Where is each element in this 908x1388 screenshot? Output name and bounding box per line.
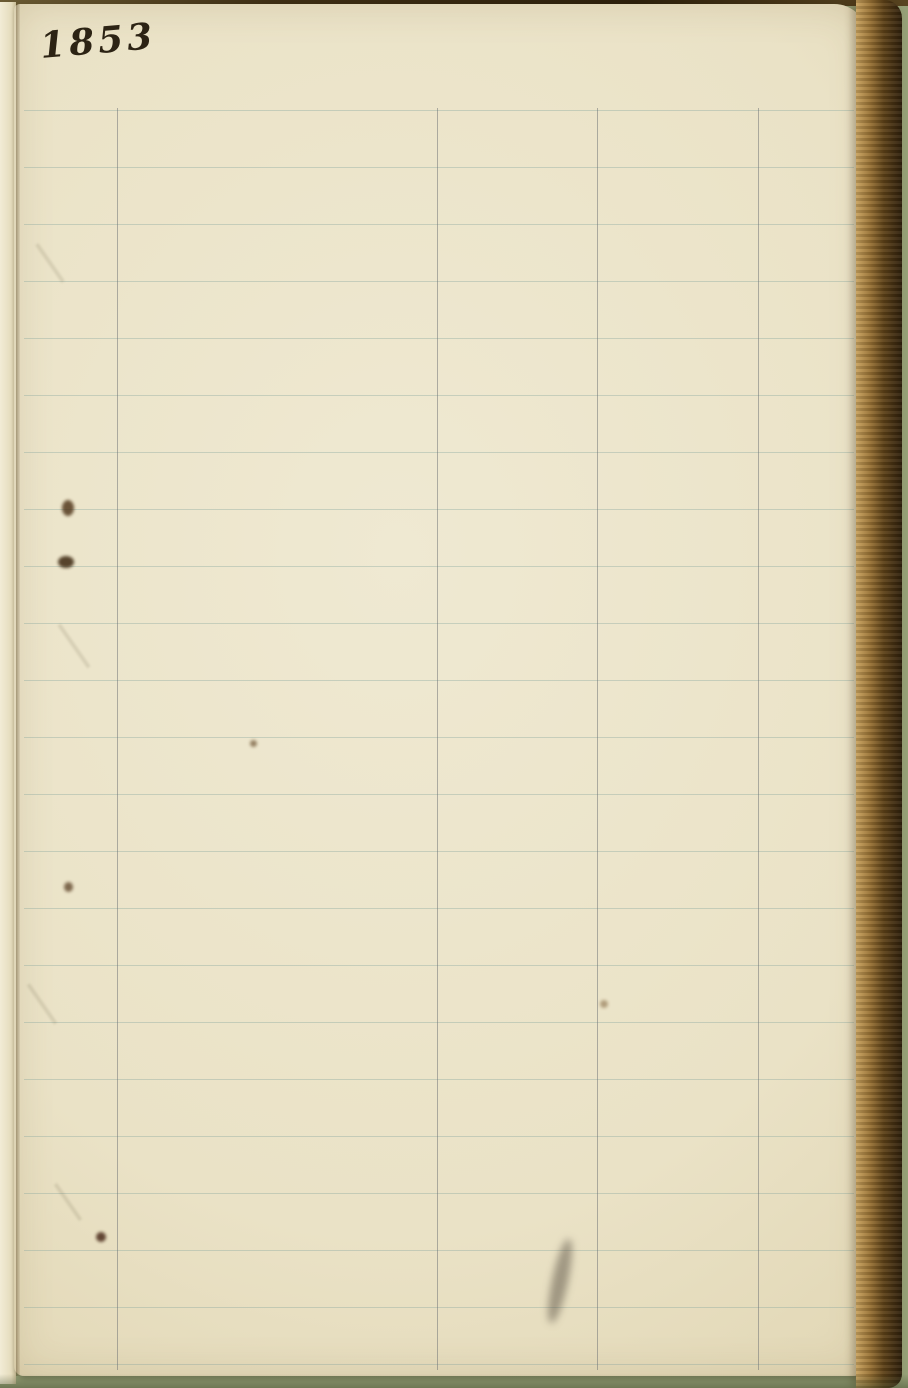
ruled-line [24, 1079, 854, 1080]
ink-stain [62, 500, 74, 516]
binding-gutter [16, 4, 20, 1376]
column-line [758, 108, 759, 1370]
ruled-line [24, 1307, 854, 1308]
page-bottom-shadow [0, 1374, 908, 1388]
ruled-line [24, 1136, 854, 1137]
ink-stain [250, 740, 257, 747]
ruled-line [24, 167, 854, 168]
ruled-line [24, 737, 854, 738]
ruled-line [24, 680, 854, 681]
ruled-line [24, 623, 854, 624]
ruled-line [24, 1364, 854, 1365]
ruled-line [24, 794, 854, 795]
ruled-line [24, 1193, 854, 1194]
ruled-line [24, 566, 854, 567]
ruled-line [24, 1022, 854, 1023]
ruled-line [24, 452, 854, 453]
ink-stain [600, 1000, 608, 1008]
ruled-line [24, 908, 854, 909]
ruled-line [24, 395, 854, 396]
ruled-line [24, 110, 854, 111]
column-line [597, 108, 598, 1370]
ruled-line [24, 1250, 854, 1251]
ruled-line [24, 224, 854, 225]
ink-stain [58, 556, 74, 568]
ink-stain [64, 882, 73, 892]
book-fore-edge [856, 0, 902, 1388]
column-line [117, 108, 118, 1370]
column-line [437, 108, 438, 1370]
ink-stain [96, 1232, 106, 1242]
ruled-line [24, 851, 854, 852]
ledger-page [14, 4, 868, 1376]
ruled-line [24, 338, 854, 339]
ruled-line [24, 281, 854, 282]
scanned-ledger-photo: 1853 [0, 0, 908, 1388]
ruled-line [24, 509, 854, 510]
ruled-line [24, 965, 854, 966]
